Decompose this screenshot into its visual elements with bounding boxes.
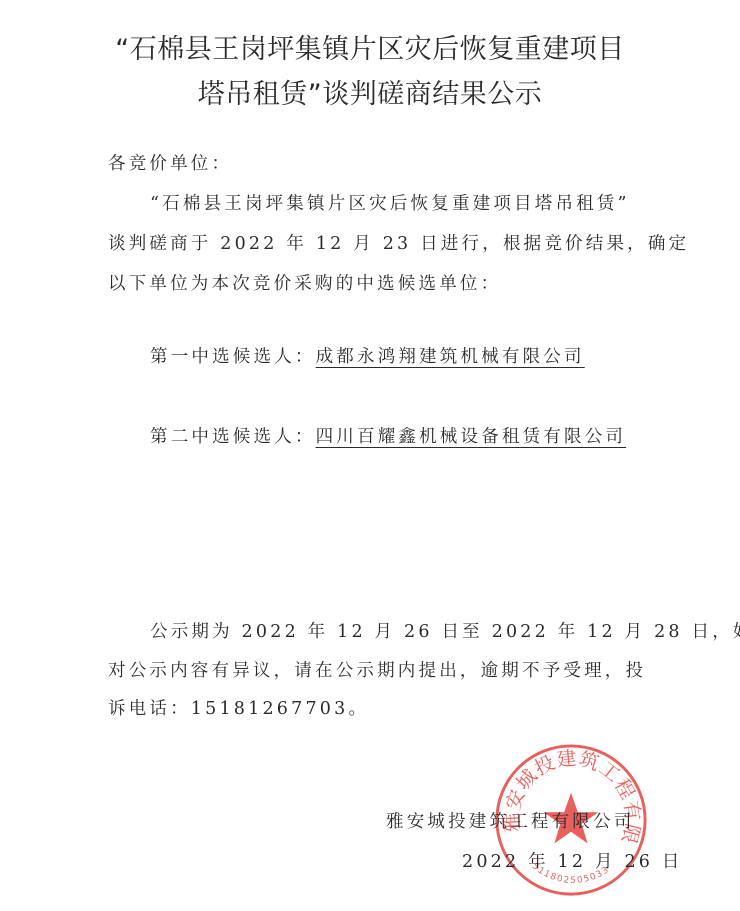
document-title-line-2: 塔吊租赁”谈判磋商结果公示 <box>0 72 740 111</box>
salutation: 各竞价单位： <box>108 150 232 175</box>
paragraph-2-line-2: 对公示内容有异议，请在公示期内提出，逾期不予受理，投 <box>108 657 646 682</box>
paragraph-1-line-3: 以下单位为本次竞价采购的中选候选单位： <box>108 270 501 295</box>
document-title-line-1: “石棉县王岗坪集镇片区灾后恢复重建项目 <box>0 27 740 66</box>
paragraph-2-line-1: 公示期为 2022 年 12 月 26 日至 2022 年 12 月 28 日，… <box>150 618 740 643</box>
candidate-1-label: 第一中选候选人： <box>150 347 316 367</box>
paragraph-1-line-1: “石棉县王岗坪集镇片区灾后恢复重建项目塔吊租赁” <box>150 190 630 215</box>
candidate-2-name: 四川百耀鑫机械设备租赁有限公司 <box>316 427 627 447</box>
signature-company: 雅安城投建筑工程有限公司 <box>386 808 634 833</box>
paragraph-2-line-3: 诉电话：15181267703。 <box>108 695 369 720</box>
paragraph-1-line-2: 谈判磋商于 2022 年 12 月 23 日进行，根据竞价结果，确定 <box>108 230 689 255</box>
candidate-1: 第一中选候选人：成都永鸿翔建筑机械有限公司 <box>150 343 585 368</box>
candidate-2-label: 第二中选候选人： <box>150 427 316 447</box>
candidate-2: 第二中选候选人：四川百耀鑫机械设备租赁有限公司 <box>150 423 626 448</box>
candidate-1-name: 成都永鸿翔建筑机械有限公司 <box>316 347 585 367</box>
signature-date: 2022 年 12 月 26 日 <box>462 848 683 873</box>
